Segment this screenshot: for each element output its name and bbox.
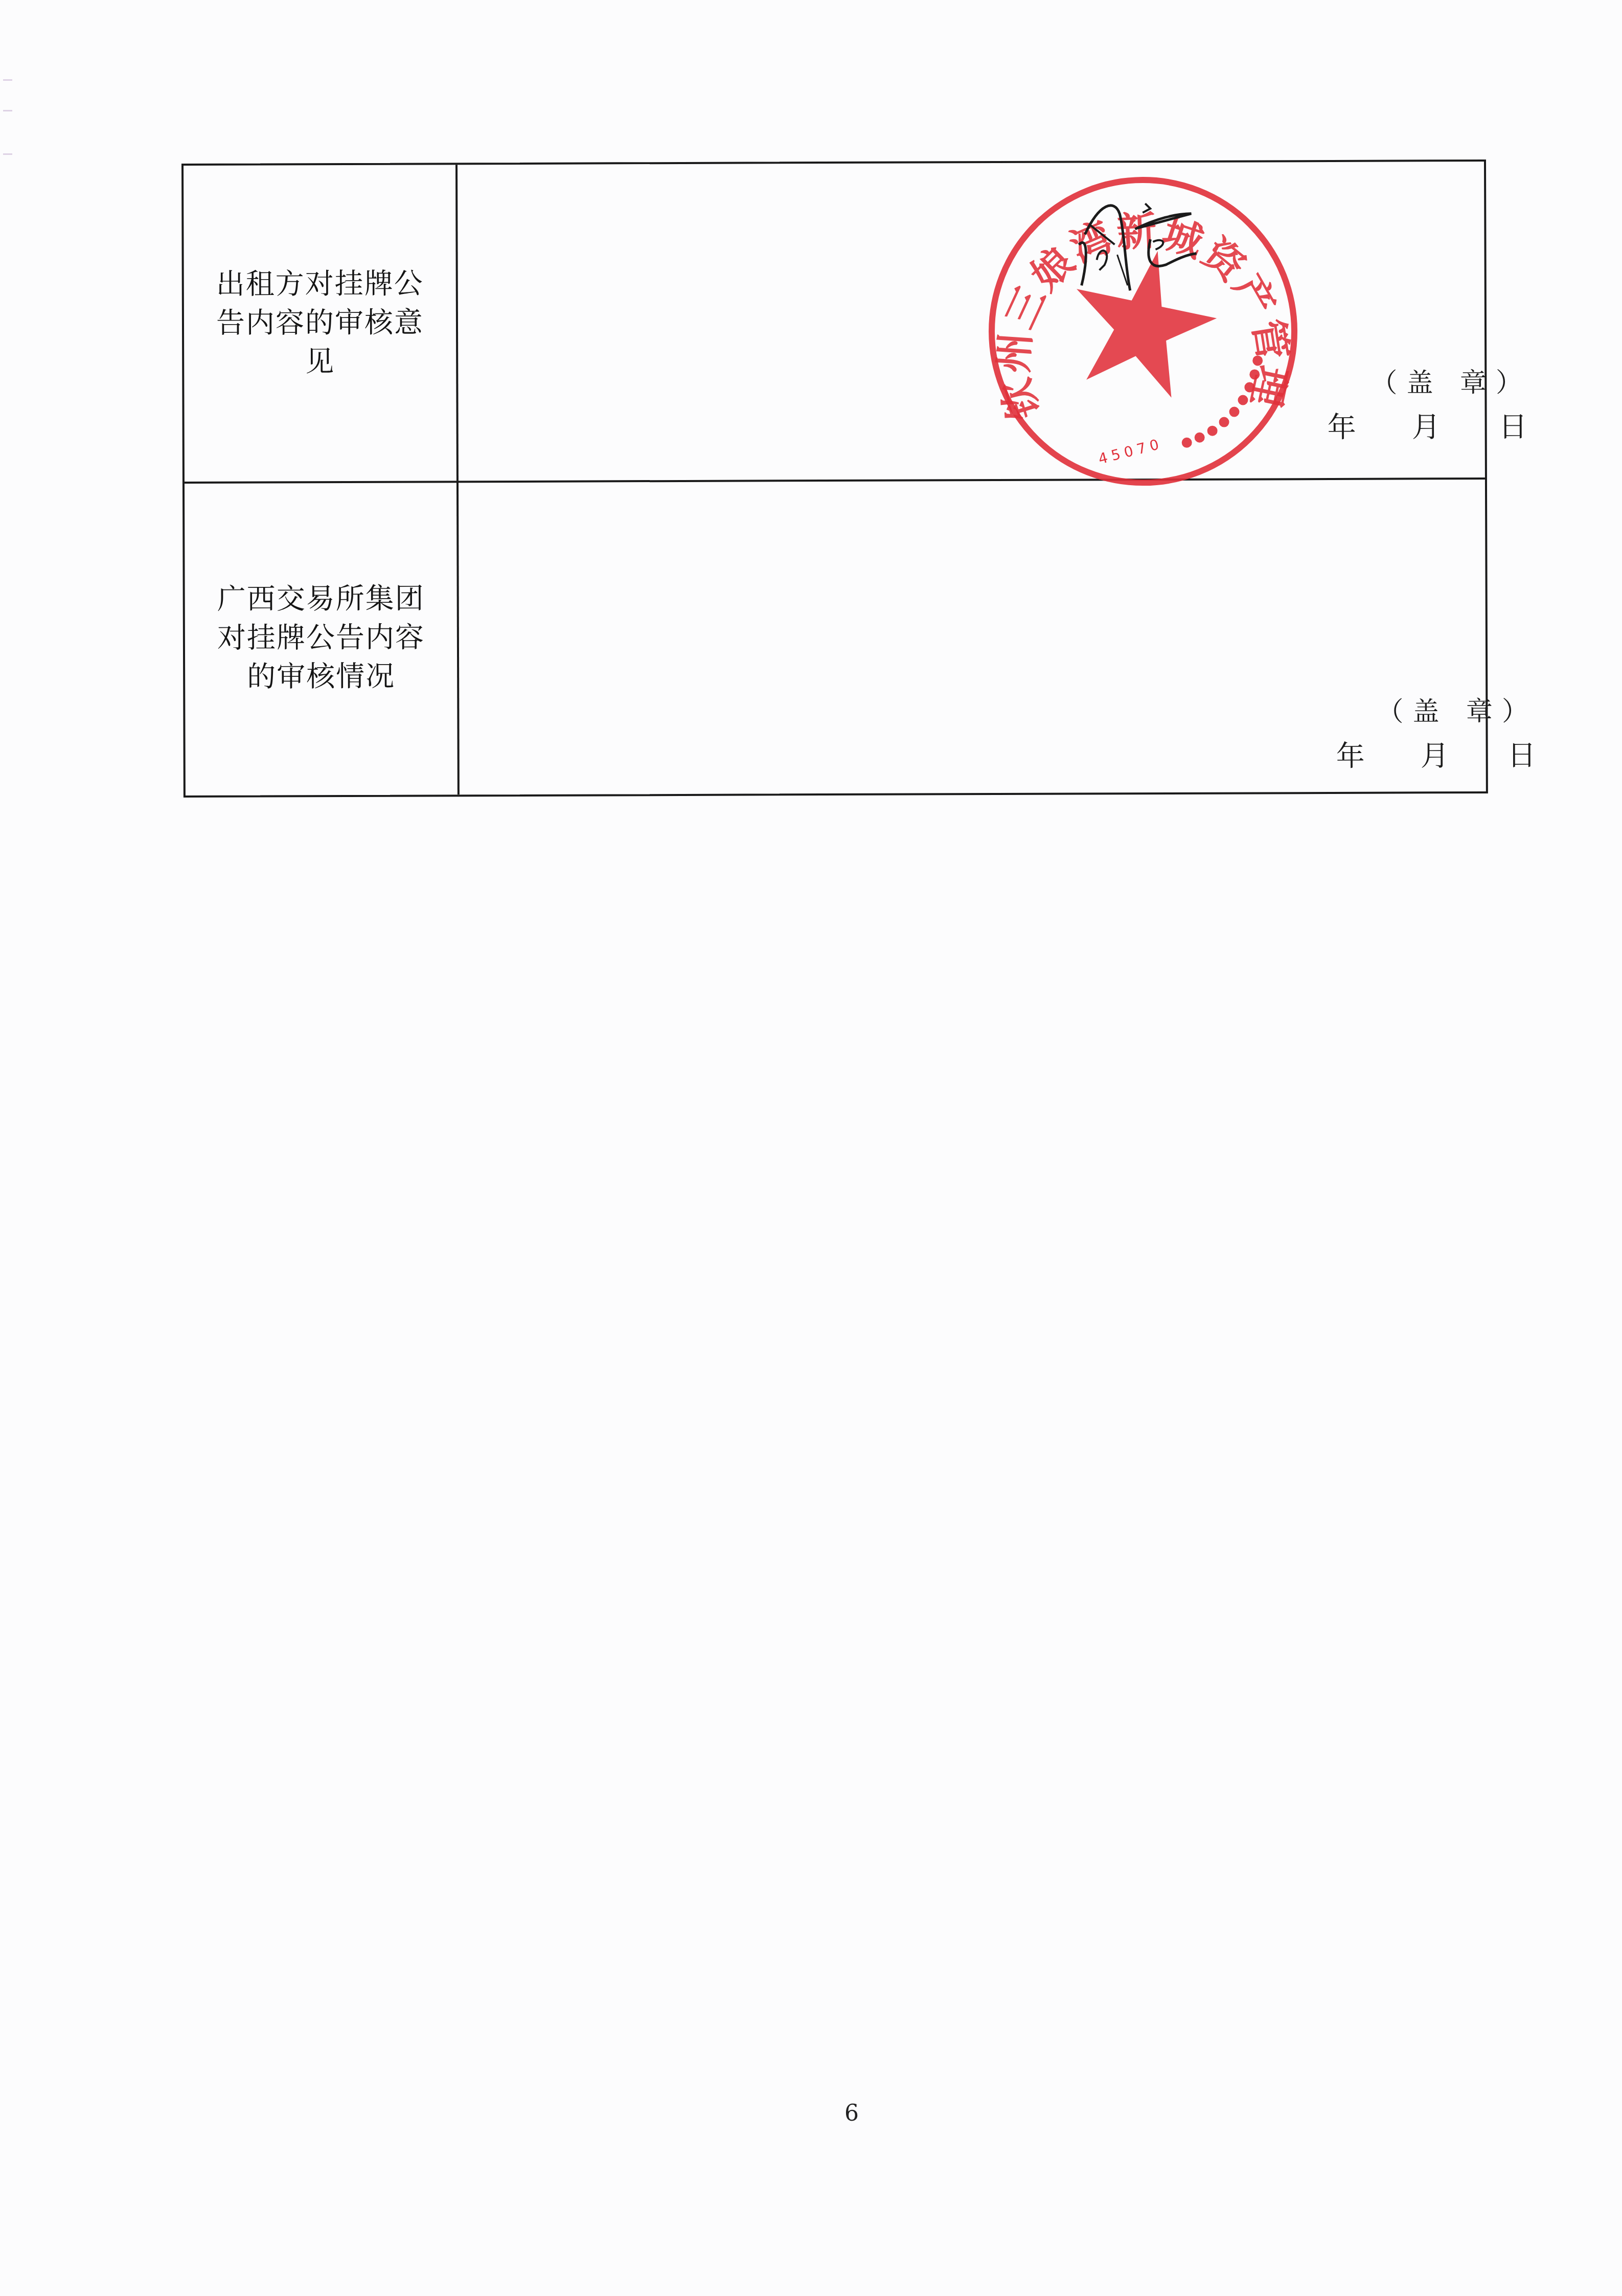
scan-mark <box>3 79 12 81</box>
date-line: 年 月 日 <box>1327 404 1527 446</box>
label-line: 见 <box>208 342 432 381</box>
month-label: 月 <box>1421 733 1507 775</box>
date-line: 年 月 日 <box>1336 733 1536 775</box>
day-label: 日 <box>1498 404 1527 445</box>
year-label: 年 <box>1327 404 1411 446</box>
lessor-review-label: 出租方对挂牌公告内容的审核意 见 <box>208 264 433 381</box>
lessor-review-label-cell: 出租方对挂牌公告内容的审核意 见 <box>184 165 459 482</box>
year-label: 年 <box>1336 733 1421 775</box>
review-table: 出租方对挂牌公告内容的审核意 见 钦州三娘湾新城资产管理有限公司 45070 <box>181 160 1488 798</box>
scan-mark <box>3 153 12 155</box>
page-number: 6 <box>844 2100 859 2126</box>
handwritten-signature: 同意 <box>1073 193 1207 296</box>
exchange-review-content-cell[interactable]: （盖 章） 年 月 日 <box>459 478 1486 794</box>
month-label: 月 <box>1411 404 1498 446</box>
svg-text:45070: 45070 <box>1096 435 1164 468</box>
lessor-review-row: 出租方对挂牌公告内容的审核意 见 钦州三娘湾新城资产管理有限公司 45070 <box>184 162 1485 484</box>
exchange-review-row: 广西交易所集团 对挂牌公告内容 的审核情况 （盖 章） 年 月 日 <box>185 478 1486 795</box>
label-line: 广西交易所集团 <box>209 579 433 619</box>
seal-label: （盖 章） <box>1377 690 1538 729</box>
label-line: 对挂牌公告内容 <box>209 618 433 657</box>
seal-label: （盖 章） <box>1370 361 1532 400</box>
scan-mark <box>3 110 12 111</box>
label-line: 出租方对挂牌公告内容的审核意 <box>208 264 432 343</box>
label-line: 的审核情况 <box>209 657 433 696</box>
exchange-review-label-cell: 广西交易所集团 对挂牌公告内容 的审核情况 <box>185 481 460 795</box>
lessor-review-content-cell[interactable]: 钦州三娘湾新城资产管理有限公司 45070 同意 <box>458 162 1485 481</box>
exchange-review-label: 广西交易所集团 对挂牌公告内容 的审核情况 <box>209 579 434 696</box>
day-label: 日 <box>1507 733 1536 774</box>
